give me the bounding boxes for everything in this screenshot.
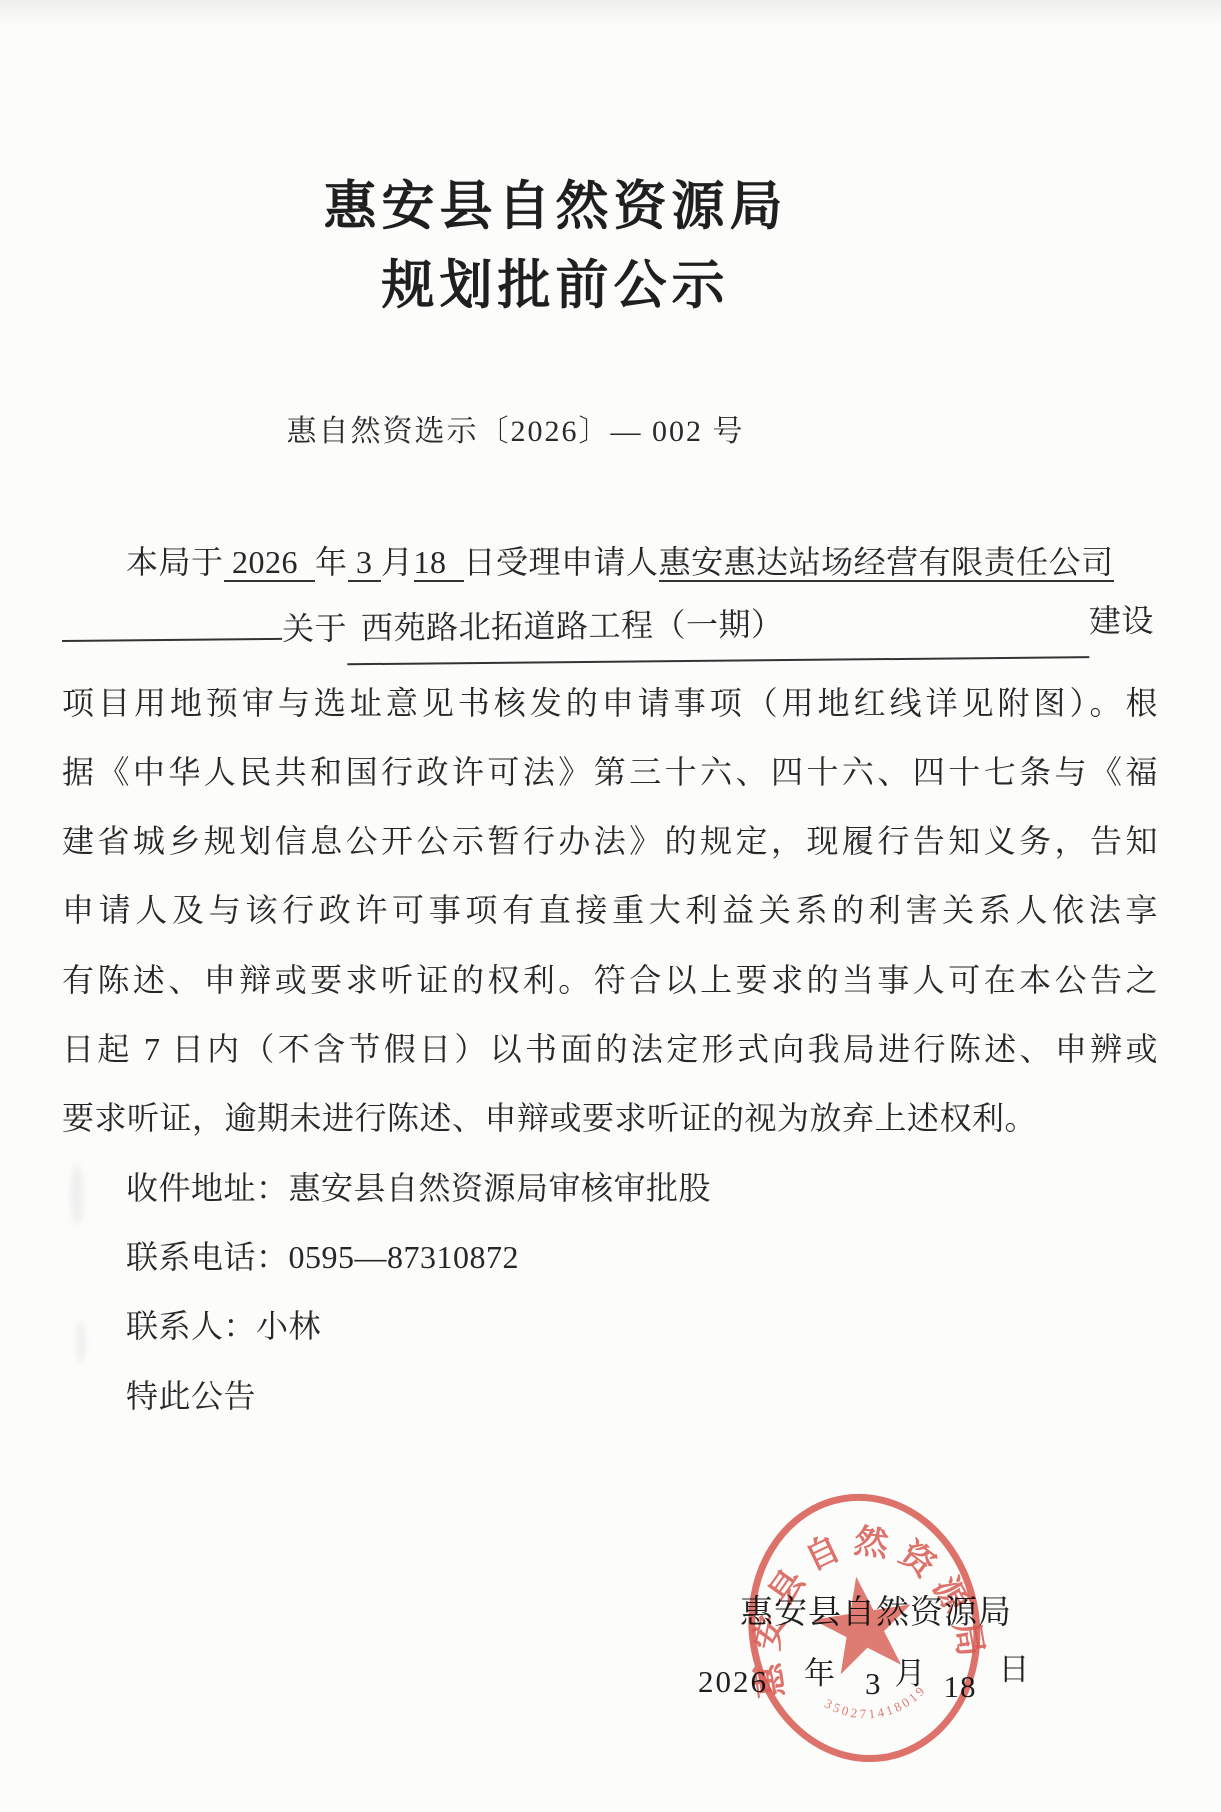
mailing-address-text: 收件地址：惠安县自然资源局审核审批股: [126, 1170, 711, 1206]
contact-person-line: 联系人：小林: [62, 1292, 1158, 1361]
title-line-1: 惠安县自然资源局: [0, 168, 1166, 247]
closing-text: 特此公告: [126, 1378, 256, 1414]
scanned-official-notice: 惠安县自然资源局 规划批前公示 惠自然资选示〔2026〕— 002 号 本局于 …: [0, 0, 1221, 1812]
day-value: 18: [414, 544, 447, 580]
document-body: 本局于 2026 年 3 月18 日受理申请人惠安惠达站场经营有限责任公司 关于…: [62, 528, 1158, 1431]
year-value: 2026: [232, 544, 298, 580]
phone-line: 联系电话：0595—87310872: [62, 1223, 1158, 1292]
seal-star: [807, 1569, 920, 1677]
filled-month-field: 3: [348, 544, 382, 582]
filled-year-field: 2026: [224, 544, 316, 582]
blank-underline-left: [62, 606, 282, 642]
construction-suffix: 建设: [1089, 603, 1154, 640]
month-value: 3: [356, 544, 373, 580]
seal-code: 350271418019: [820, 1680, 932, 1729]
mailing-address-line: 收件地址：惠安县自然资源局审核审批股: [62, 1154, 1158, 1223]
body-line: 日起 7 日内（不含节假日）以书面的法定形式向我局进行陈述、申辨或: [62, 1015, 1158, 1084]
title-line-2: 规划批前公示: [0, 247, 1166, 326]
body-line-acceptance: 本局于 2026 年 3 月18 日受理申请人惠安惠达站场经营有限责任公司: [62, 528, 1158, 597]
document-title: 惠安县自然资源局 规划批前公示: [0, 168, 1166, 326]
applicant-name-underlined: 惠安惠达站场经营有限责任公司: [659, 544, 1114, 582]
year-label: 年: [315, 544, 348, 580]
body-line: 要求听证，逾期未进行陈述、申辩或要求听证的视为放弃上述权利。: [62, 1084, 1158, 1153]
body-line-project: 关于西苑路北拓道路工程（一期）建设: [62, 587, 1159, 669]
body-line: 项目用地预审与选址意见书核发的申请事项（用地红线详见附图）。根: [62, 669, 1158, 738]
about-label: 关于: [282, 611, 347, 648]
body-line: 建省城乡规划信息公开公示暂行办法》的规定，现履行告知义务，告知: [62, 807, 1158, 876]
seal-code-node: 350271418019: [820, 1680, 932, 1729]
project-name-underlined: 西苑路北拓道路工程（一期）: [347, 587, 1090, 665]
acceptance-prefix: 本局于: [126, 544, 224, 580]
body-line: 申请人及与该行政许可事项有直接重大利益关系的利害关系人依法享: [62, 876, 1158, 945]
closing-line: 特此公告: [62, 1362, 1158, 1431]
project-name: 西苑路北拓道路工程（一期）: [347, 606, 784, 646]
body-line: 有陈述、申辩或要求听证的权利。符合以上要求的当事人可在本公告之: [62, 946, 1158, 1015]
month-label: 月: [381, 544, 414, 580]
filled-day-field: 18: [414, 544, 464, 582]
official-red-seal: 惠安县自然资源局 350271418019: [713, 1461, 1015, 1790]
contact-person-text: 联系人：小林: [126, 1308, 321, 1344]
document-number: 惠自然资选示〔2026〕— 002 号: [0, 406, 1126, 450]
acceptance-mid: 日受理申请人: [464, 544, 659, 580]
phone-text: 联系电话：0595—87310872: [126, 1239, 519, 1275]
scan-edge-shade: [0, 0, 1221, 26]
body-line: 据《中华人民共和国行政许可法》第三十六、四十六、四十七条与《福: [62, 738, 1158, 807]
